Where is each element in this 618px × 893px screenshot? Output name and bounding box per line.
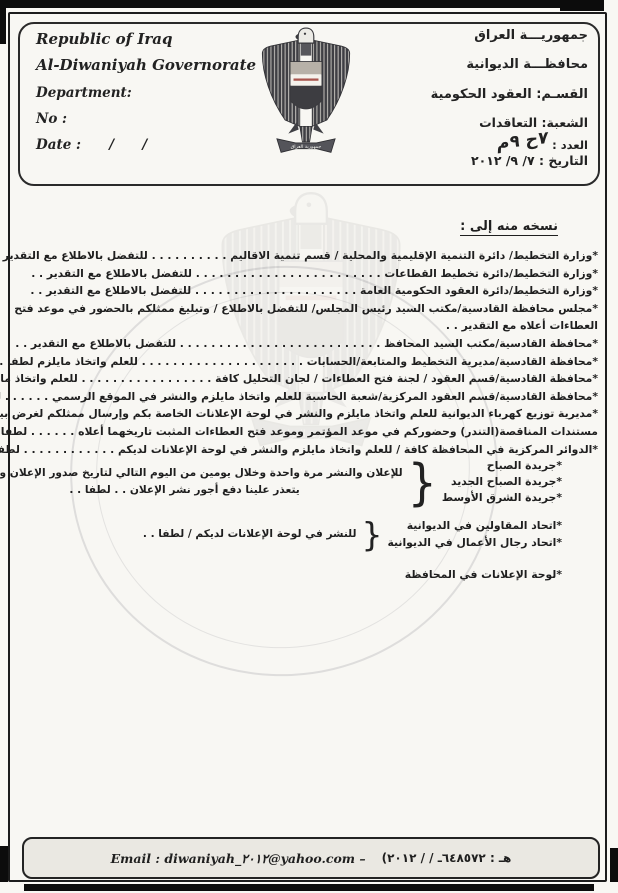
letterhead-en-date-label: Date : / /: [36, 137, 147, 153]
newspapers-note-line1: للإعلان والنشر مرة واحدة وخلال يومين من …: [0, 465, 403, 482]
newspaper-item: *جريدة الصباح الجديد: [442, 474, 562, 490]
letterhead-ar-division: الشعبة: التعاقدات: [479, 115, 588, 130]
distribution-line: *وزارة التخطيط/دائرة العقود الحكومية الع…: [24, 282, 598, 300]
scan-edge-top: [4, 0, 594, 8]
iraq-eagle-emblem: جمهورية العراق: [254, 26, 358, 158]
union-item: *اتحاد المقاولين في الديوانية: [387, 518, 562, 534]
distribution-line: *وزارة التخطيط/ دائرة التنمية الإقليمية …: [24, 247, 598, 265]
scan-edge-top-left: [0, 0, 6, 44]
letterhead-en-country: Republic of Iraq: [36, 30, 172, 48]
distribution-line: *وزارة التخطيط/دائرة تخطيط القطاعات . . …: [24, 265, 598, 283]
footer-email: Email : diwaniyah_٢٠١٢@yahoo.com –: [111, 851, 366, 866]
distribution-line: *محافظة القادسية/مديرية التخطيط والمتابع…: [24, 353, 598, 371]
unions-note: للنشر في لوحة الإعلانات لديكم / لطفا . .: [143, 526, 357, 543]
letterhead-ar-date-row: التاريخ : ٧/ ٩/ ٢٠١٢: [471, 153, 588, 168]
distribution-line: *محافظة القادسية/قسم العقود المركزية/شعب…: [24, 388, 598, 406]
newspapers-note-line2: يتعذر علينا دفع أجور نشر الإعلان . . لطف…: [0, 482, 403, 499]
unions-list: *اتحاد المقاولين في الديوانية *اتحاد رجا…: [387, 518, 562, 550]
letterhead-en-department-label: Department:: [36, 85, 132, 101]
scanned-document-page: Republic of Iraq Al-Diwaniyah Governorat…: [0, 0, 618, 893]
letterhead-ar-department: القسـم: العقود الحكومية: [431, 87, 588, 102]
distribution-line: *محافظة القادسية/مكتب السيد المحافظ . . …: [24, 335, 598, 353]
scan-edge-bottom: [24, 884, 594, 891]
footer-contact-box: Email : diwaniyah_٢٠١٢@yahoo.com – هـ : …: [22, 837, 600, 879]
curly-brace: {: [361, 518, 382, 551]
newspapers-list: *جريدة الصباح *جريدة الصباح الجديد *جريد…: [442, 458, 562, 507]
letterhead-ar-country: جمهوريـــة العراق: [474, 28, 588, 43]
union-item: *اتحاد رجال الأعمال في الديوانية: [387, 535, 562, 551]
distribution-line: *مديرية توزيع كهرباء الديوانية للعلم وات…: [24, 405, 598, 423]
distribution-line: *مجلس محافظة القادسية/مكتب السيد رئيس ال…: [24, 300, 598, 318]
letterhead-ar-number-row: العدد : ٧ح ٩م: [497, 134, 588, 154]
curly-brace: {: [408, 457, 437, 507]
distribution-line: *الدوائر المركزية في المحافظة كافة / للع…: [24, 441, 598, 459]
distribution-line: *محافظة القادسية/قسم العقود / لجنة فتح ا…: [24, 370, 598, 388]
newspapers-group: *جريدة الصباح *جريدة الصباح الجديد *جريد…: [0, 458, 562, 507]
newspaper-item: *جريدة الصباح: [442, 458, 562, 474]
handwritten-date: ٧/ ٩/ ٢٠١٢: [471, 153, 535, 168]
announcement-board-line: *لوحة الإعلانات في المحافظة: [405, 568, 562, 581]
letterhead-ar-governorate: محافظـــة الديوانية: [466, 57, 588, 72]
copies-to-heading: نسخه منه إلى :: [460, 219, 558, 236]
newspaper-item: *جريدة الشرق الأوسط: [442, 490, 562, 506]
letterhead-en-governorate: Al-Diwaniyah Governorate: [36, 56, 256, 74]
scan-edge-top-right: [560, 0, 604, 11]
date-label: التاريخ :: [539, 153, 588, 168]
number-label: العدد :: [552, 138, 588, 152]
distribution-line: العطاءات أعلاه مع التقدير . .: [24, 317, 598, 335]
letterhead-en-number-label: No :: [36, 111, 67, 127]
svg-text:جمهورية العراق: جمهورية العراق: [291, 144, 322, 150]
newspapers-note: للإعلان والنشر مرة واحدة وخلال يومين من …: [0, 465, 403, 499]
scan-edge-bottom-right: [610, 848, 618, 882]
footer-phone: هـ : ٦٤٨٥٧٢ـ / / ٢٠١٢): [382, 851, 512, 865]
unions-group: *اتحاد المقاولين في الديوانية *اتحاد رجا…: [143, 518, 562, 551]
distribution-line: مستندات المناقصة(التندر) وحضوركم في موعد…: [24, 423, 598, 441]
scan-edge-bottom-left: [0, 846, 8, 882]
distribution-list: *وزارة التخطيط/ دائرة التنمية الإقليمية …: [24, 247, 598, 458]
